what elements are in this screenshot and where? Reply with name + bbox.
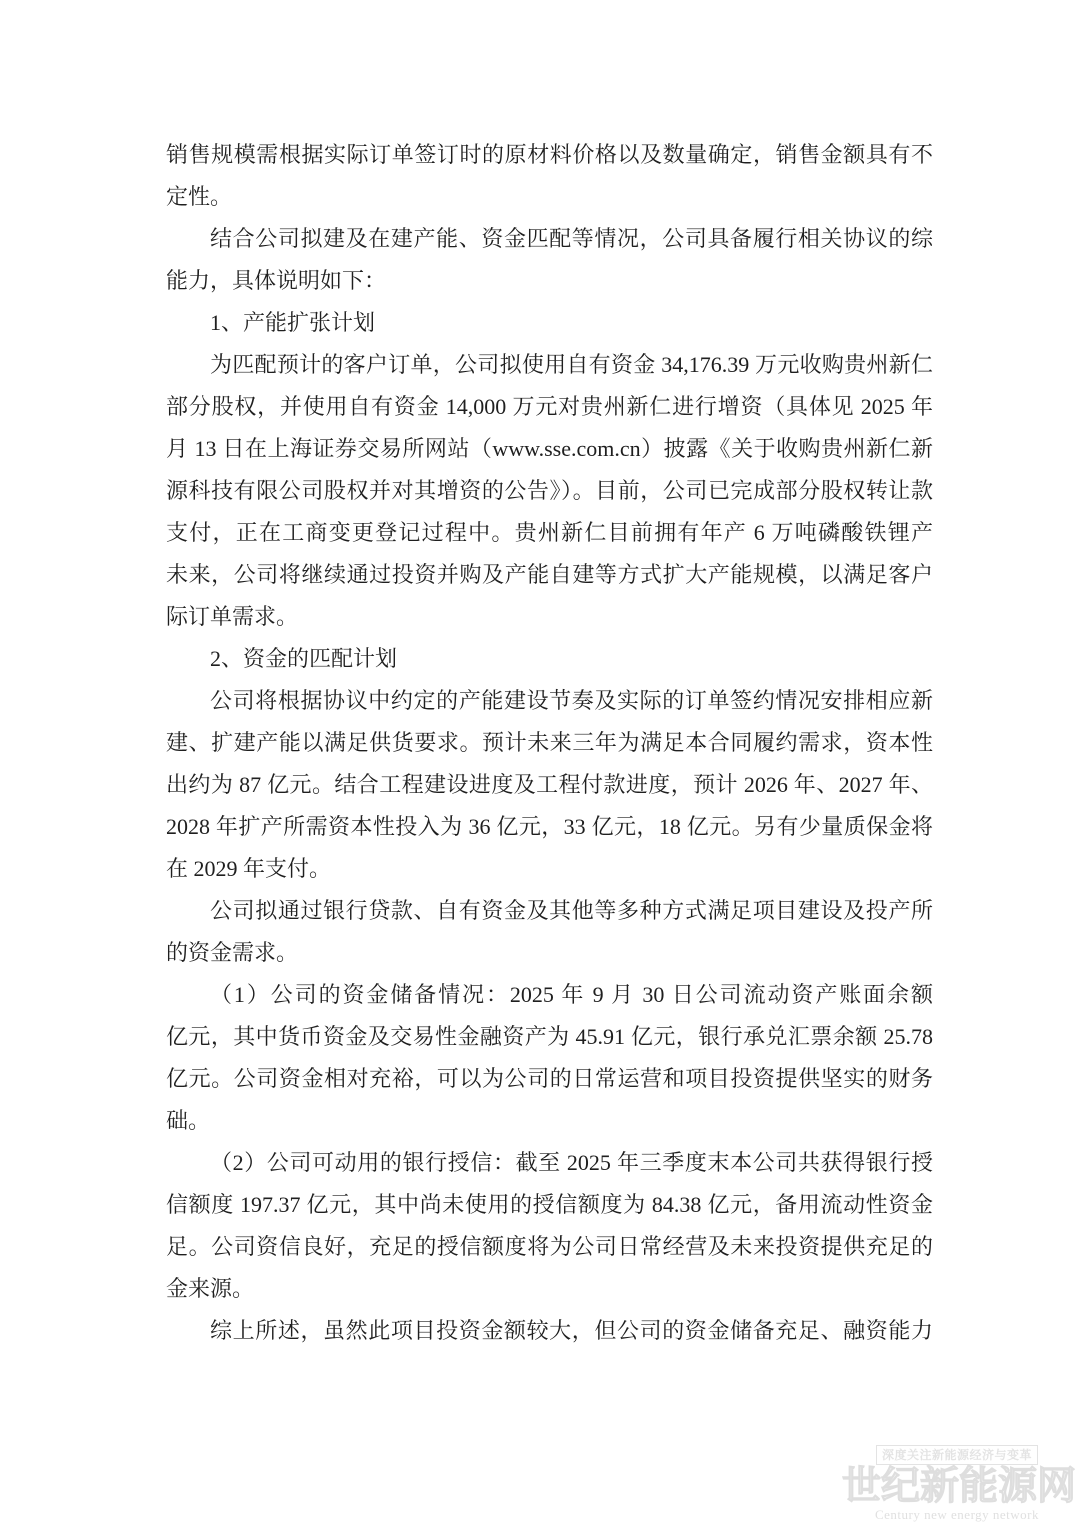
text-line: （2）公司可动用的银行授信：截至 2025 年三季度末本公司共获得银行授	[166, 1142, 933, 1184]
text-line: 2、资金的匹配计划	[166, 638, 933, 680]
text-line: 支付，正在工商变更登记过程中。贵州新仁目前拥有年产 6 万吨磷酸铁锂产线。	[166, 512, 933, 554]
text-line: 出约为 87 亿元。结合工程建设进度及工程付款进度，预计 2026 年、2027…	[166, 764, 933, 806]
text-line: 金来源。	[166, 1268, 933, 1310]
watermark-slogan: 深度关注新能源经济与变革	[876, 1445, 1038, 1465]
text-line: 能力，具体说明如下：	[166, 260, 933, 302]
text-line: 在 2029 年支付。	[166, 848, 933, 890]
text-line: 为匹配预计的客户订单，公司拟使用自有资金 34,176.39 万元收购贵州新仁	[166, 344, 933, 386]
text-line: 部分股权，并使用自有资金 14,000 万元对贵州新仁进行增资（具体见 2025…	[166, 386, 933, 428]
text-line: 公司将根据协议中约定的产能建设节奏及实际的订单签约情况安排相应新	[166, 680, 933, 722]
text-line: 际订单需求。	[166, 596, 933, 638]
text-line: 足。公司资信良好，充足的授信额度将为公司日常经营及未来投资提供充足的资	[166, 1226, 933, 1268]
text-line: 1、产能扩张计划	[166, 302, 933, 344]
text-line: 结合公司拟建及在建产能、资金匹配等情况，公司具备履行相关协议的综合	[166, 218, 933, 260]
text-line: 定性。	[166, 176, 933, 218]
text-line: 础。	[166, 1100, 933, 1142]
watermark-subtitle: Century new energy network	[842, 1508, 1072, 1522]
text-line: 月 13 日在上海证券交易所网站（www.sse.com.cn）披露《关于收购贵…	[166, 428, 933, 470]
text-line: 源科技有限公司股权并对其增资的公告》）。目前，公司已完成部分股权转让款	[166, 470, 933, 512]
text-line: （1）公司的资金储备情况：2025 年 9 月 30 日公司流动资产账面余额 1…	[166, 974, 933, 1016]
watermark: 深度关注新能源经济与变革 世纪新能源网 Century new energy n…	[842, 1445, 1072, 1522]
text-line: 未来，公司将继续通过投资并购及产能自建等方式扩大产能规模，以满足客户实	[166, 554, 933, 596]
text-line: 的资金需求。	[166, 932, 933, 974]
text-line: 信额度 197.37 亿元，其中尚未使用的授信额度为 84.38 亿元，备用流动…	[166, 1184, 933, 1226]
text-line: 亿元，其中货币资金及交易性金融资产为 45.91 亿元，银行承兑汇票余额 25.…	[166, 1016, 933, 1058]
text-line: 公司拟通过银行贷款、自有资金及其他等多种方式满足项目建设及投产所需	[166, 890, 933, 932]
document-page: 销售规模需根据实际订单签订时的原材料价格以及数量确定，销售金额具有不确定性。结合…	[0, 0, 1080, 1527]
text-line: 2028 年扩产所需资本性投入为 36 亿元，33 亿元，18 亿元。另有少量质…	[166, 806, 933, 848]
document-body: 销售规模需根据实际订单签订时的原材料价格以及数量确定，销售金额具有不确定性。结合…	[166, 134, 933, 1352]
text-line: 亿元。公司资金相对充裕，可以为公司的日常运营和项目投资提供坚实的财务基	[166, 1058, 933, 1100]
text-line: 建、扩建产能以满足供货要求。预计未来三年为满足本合同履约需求，资本性支	[166, 722, 933, 764]
text-line: 综上所述，虽然此项目投资金额较大，但公司的资金储备充足、融资能力良	[166, 1310, 933, 1352]
text-line: 销售规模需根据实际订单签订时的原材料价格以及数量确定，销售金额具有不确	[166, 134, 933, 176]
watermark-title: 世纪新能源网	[842, 1466, 1072, 1508]
